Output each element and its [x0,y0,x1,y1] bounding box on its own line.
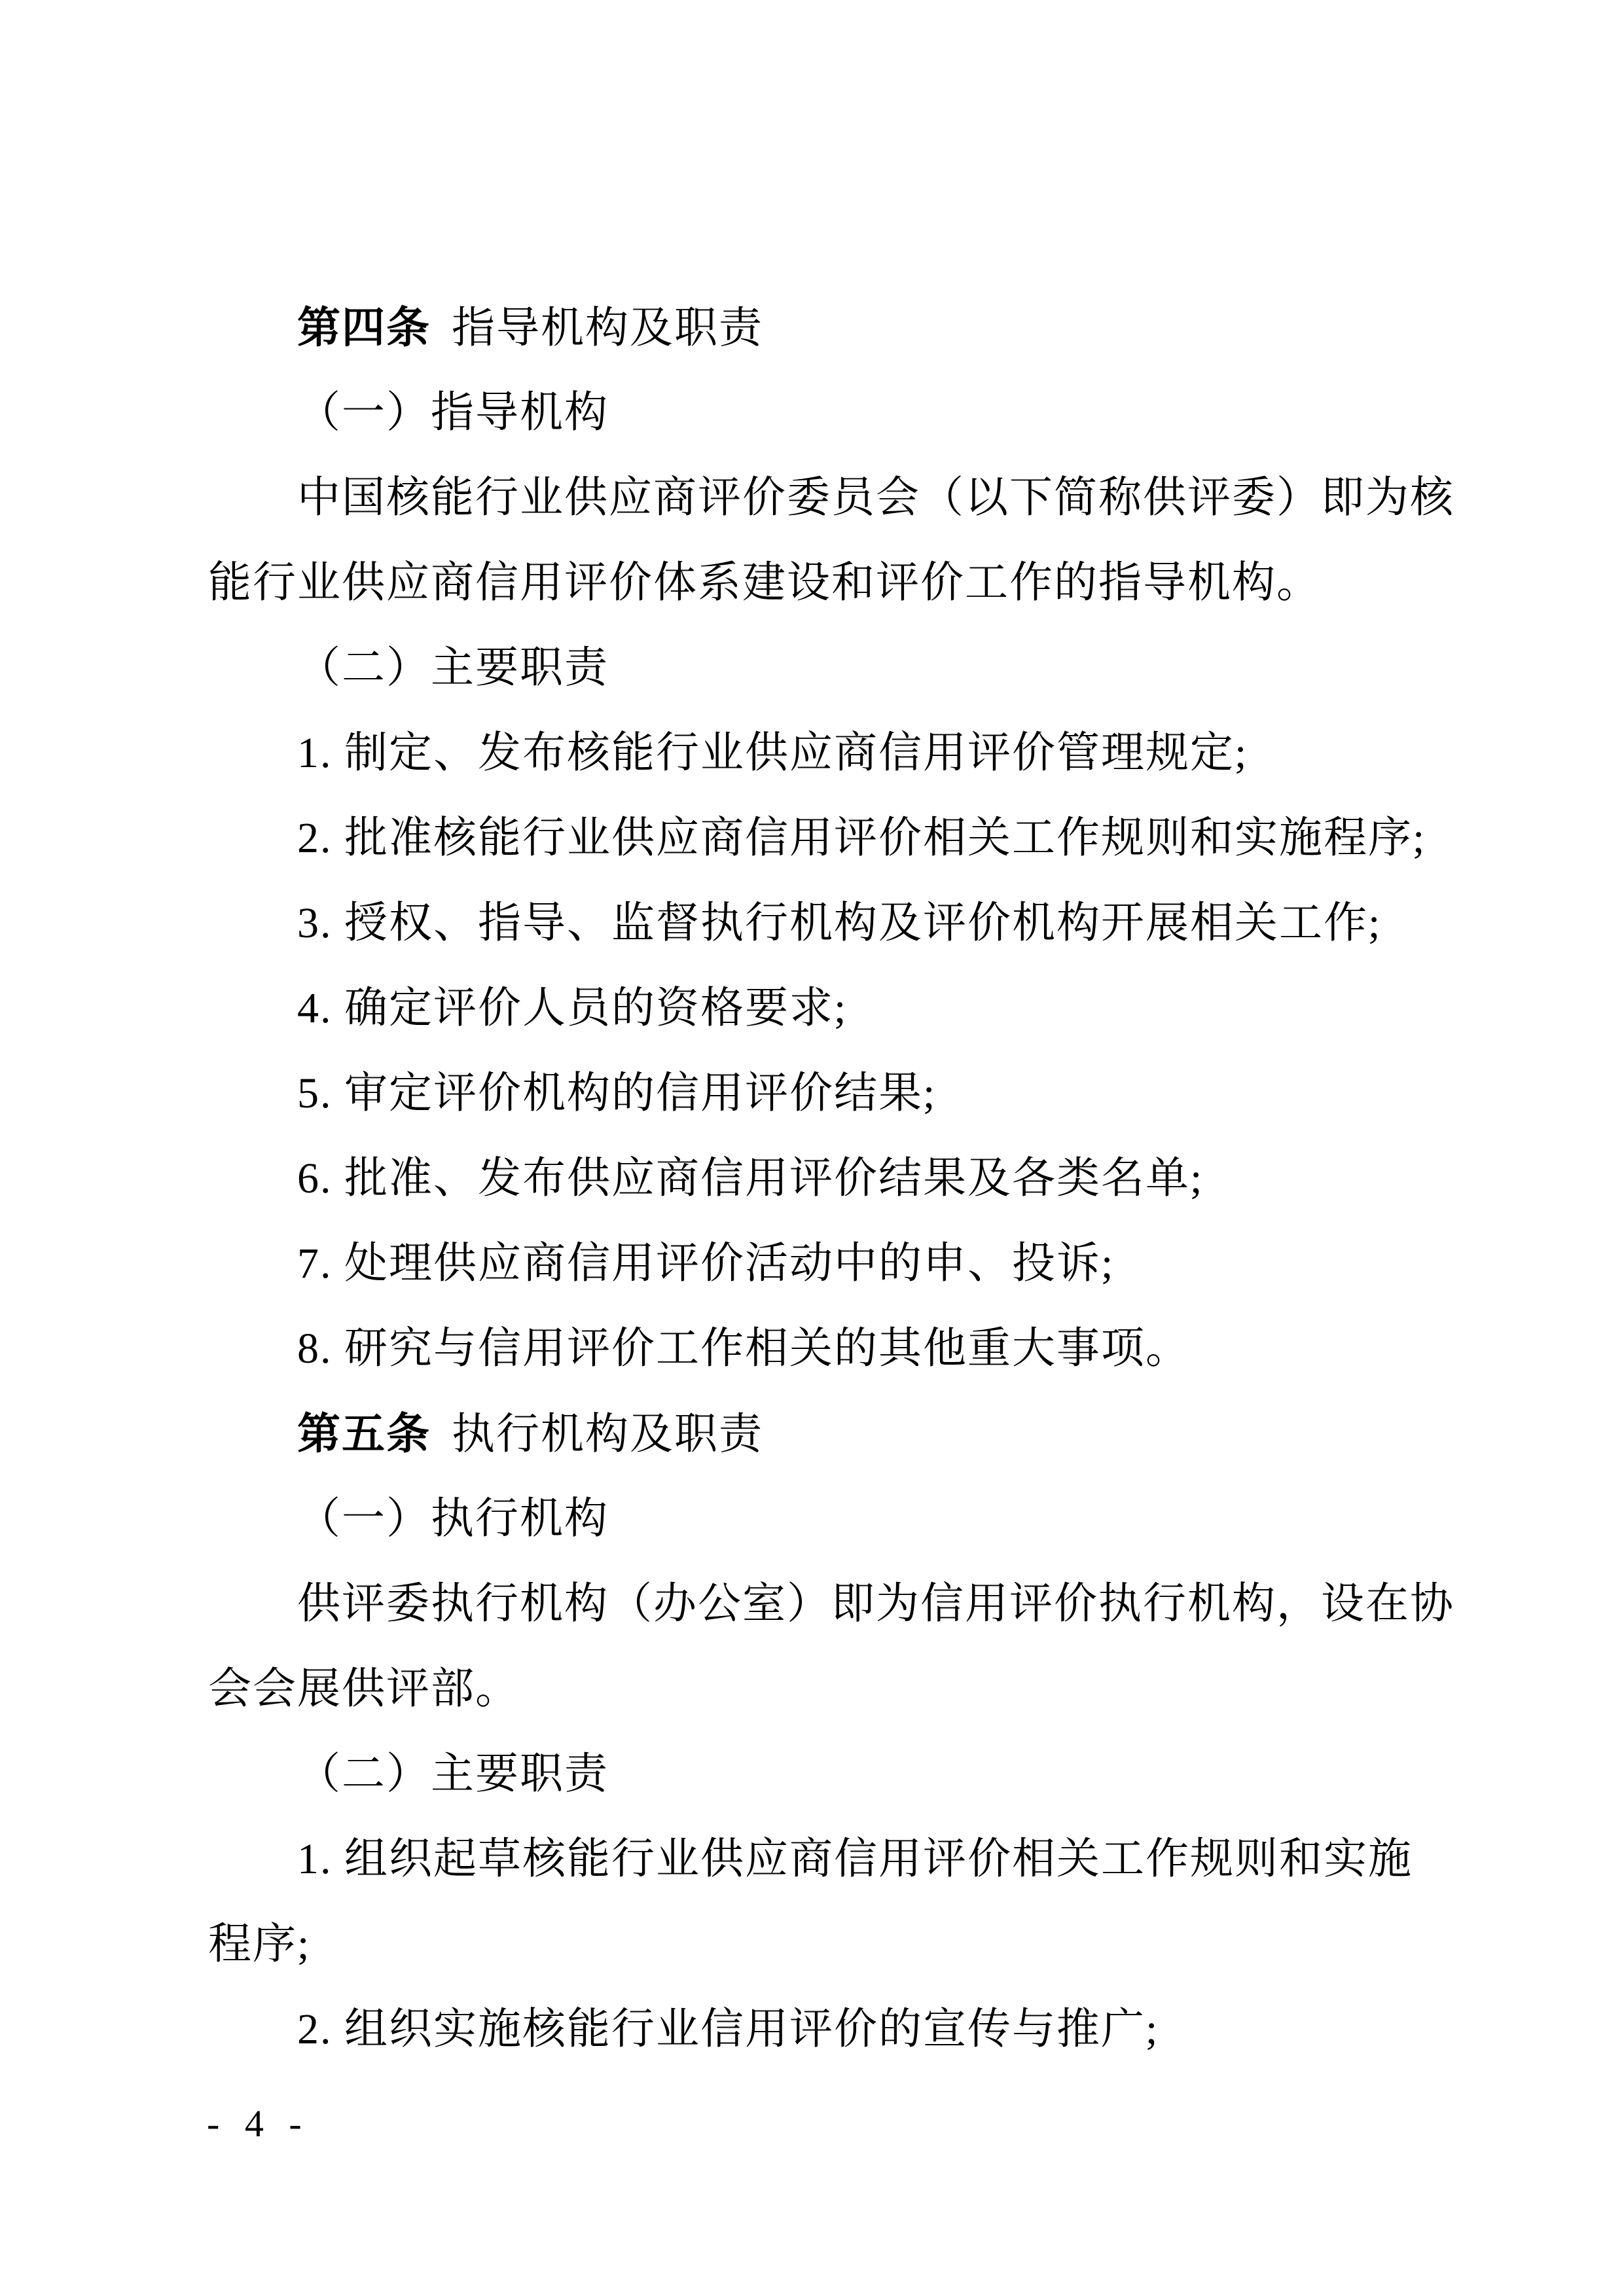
duty-item-4: 4. 确定评价人员的资格要求; [208,966,1517,1051]
exec-duty-item-1-line-1: 1. 组织起草核能行业供应商信用评价相关工作规则和实施 [208,1817,1517,1902]
section-5-1-heading: （一）执行机构 [208,1477,1517,1562]
duty-item-5: 5. 审定评价机构的信用评价结果; [208,1051,1517,1136]
duty-item-6: 6. 批准、发布供应商信用评价结果及各类名单; [208,1136,1517,1221]
duty-item-2: 2. 批准核能行业供应商信用评价相关工作规则和实施程序; [208,796,1517,881]
duty-item-8: 8. 研究与信用评价工作相关的其他重大事项。 [208,1306,1517,1391]
document-body: 第四条指导机构及职责 （一）指导机构 中国核能行业供应商评价委员会（以下简称供评… [208,285,1517,2072]
article-5-title: 执行机构及职责 [452,1410,763,1458]
paragraph-exec-org-line-2: 会会展供评部。 [208,1647,1517,1732]
section-4-2-heading: （二）主要职责 [208,626,1517,711]
duty-item-1: 1. 制定、发布核能行业供应商信用评价管理规定; [208,711,1517,796]
page-number: - 4 - [207,2104,310,2144]
document-page: 第四条指导机构及职责 （一）指导机构 中国核能行业供应商评价委员会（以下简称供评… [0,0,1624,2296]
paragraph-exec-org-line-1: 供评委执行机构（办公室）即为信用评价执行机构，设在协 [208,1562,1517,1647]
article-5-number: 第五条 [297,1408,431,1459]
article-4-title: 指导机构及职责 [452,304,763,352]
exec-duty-item-2: 2. 组织实施核能行业信用评价的宣传与推广; [208,1987,1517,2072]
section-5-2-heading: （二）主要职责 [208,1732,1517,1817]
duty-item-3: 3. 授权、指导、监督执行机构及评价机构开展相关工作; [208,881,1517,966]
article-5-heading: 第五条执行机构及职责 [208,1391,1517,1477]
article-4-heading: 第四条指导机构及职责 [208,285,1517,370]
exec-duty-item-1-line-2: 程序; [208,1902,1517,1987]
paragraph-guiding-org-line-1: 中国核能行业供应商评价委员会（以下简称供评委）即为核 [208,456,1517,541]
paragraph-guiding-org-line-2: 能行业供应商信用评价体系建设和评价工作的指导机构。 [208,541,1517,626]
section-4-1-heading: （一）指导机构 [208,370,1517,456]
duty-item-7: 7. 处理供应商信用评价活动中的申、投诉; [208,1221,1517,1306]
article-4-number: 第四条 [297,302,431,353]
